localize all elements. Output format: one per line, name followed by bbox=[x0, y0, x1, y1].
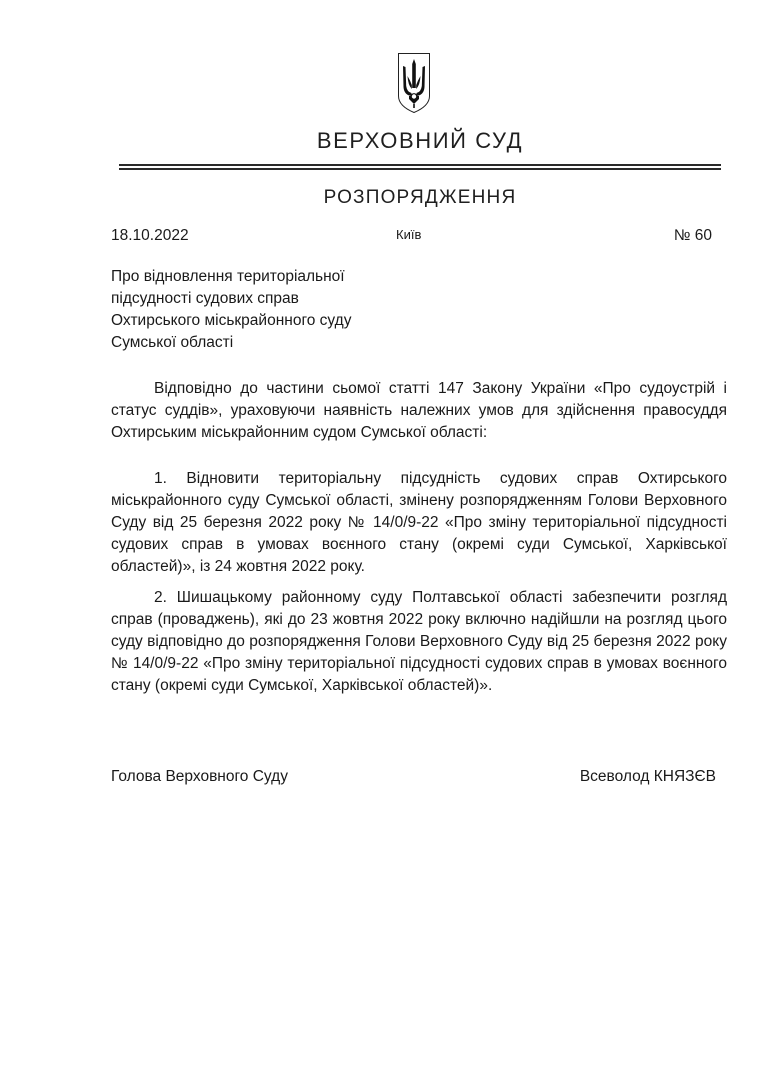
document-meta: 18.10.2022 Київ № 60 bbox=[111, 227, 712, 249]
document-city: Київ bbox=[396, 227, 421, 242]
order-item-2: 2. Шишацькому районному суду Полтавської… bbox=[111, 587, 727, 697]
order-item-text: 1. Відновити територіальну підсудність с… bbox=[111, 468, 727, 578]
preamble-paragraph: Відповідно до частини сьомої статті 147 … bbox=[111, 378, 727, 444]
order-item-text: 2. Шишацькому районному суду Полтавської… bbox=[111, 587, 727, 697]
subject-line: підсудності судових справ bbox=[111, 288, 351, 310]
document-type-title: РОЗПОРЯДЖЕННЯ bbox=[0, 187, 767, 209]
signature-block: Голова Верховного Суду Всеволод КНЯЗЄВ bbox=[111, 768, 716, 790]
court-name-heading: ВЕРХОВНИЙ СУД bbox=[0, 128, 767, 154]
subject-line: Охтирського міськрайонного суду bbox=[111, 310, 351, 332]
document-number: № 60 bbox=[674, 227, 712, 245]
subject-line: Про відновлення територіальної bbox=[111, 266, 351, 288]
order-item-1: 1. Відновити територіальну підсудність с… bbox=[111, 468, 727, 578]
header-divider bbox=[119, 164, 721, 170]
signatory-name: Всеволод КНЯЗЄВ bbox=[580, 768, 716, 786]
document-page: ВЕРХОВНИЙ СУД РОЗПОРЯДЖЕННЯ 18.10.2022 К… bbox=[0, 0, 767, 1085]
trident-emblem-icon bbox=[397, 52, 431, 114]
signatory-title: Голова Верховного Суду bbox=[111, 768, 288, 786]
document-date: 18.10.2022 bbox=[111, 227, 189, 245]
preamble-text: Відповідно до частини сьомої статті 147 … bbox=[111, 378, 727, 444]
subject-line: Сумської області bbox=[111, 332, 351, 354]
document-subject: Про відновлення територіальної підсуднос… bbox=[111, 266, 351, 354]
